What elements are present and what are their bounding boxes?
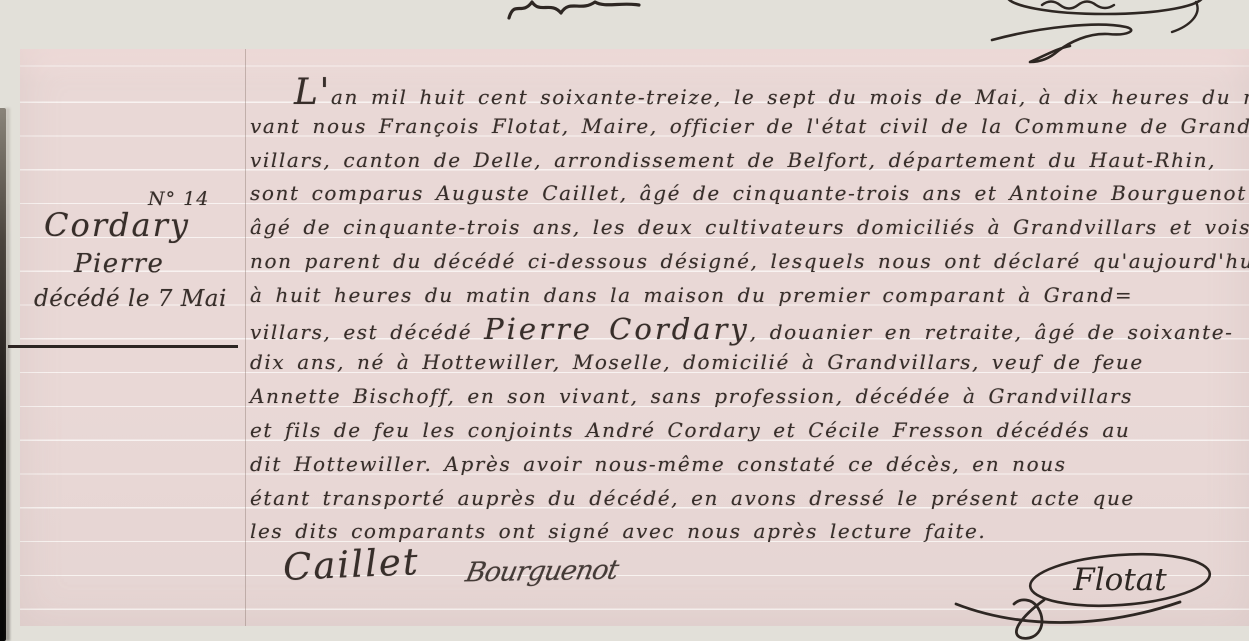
- act-line: dix ans, né à Hottewiller, Moselle, domi…: [250, 346, 1245, 380]
- act-line: dit Hottewiller. Après avoir nous-même c…: [250, 448, 1245, 482]
- margin-underline: [8, 345, 238, 348]
- act-line: Annette Bischoff, en son vivant, sans pr…: [250, 380, 1245, 414]
- death-record-scan: N° 14 Cordary Pierre décédé le 7 Mai L'a…: [0, 0, 1249, 641]
- act-line: vant nous François Flotat, Maire, offici…: [250, 110, 1245, 144]
- previous-act-signature-icon: [505, 0, 645, 26]
- act-line: à huit heures du matin dans la maison du…: [250, 279, 1245, 313]
- act-line: non parent du décédé ci-dessous désigné,…: [250, 245, 1245, 279]
- act-line: et fils de feu les conjoints André Corda…: [250, 414, 1245, 448]
- margin-given-name: Pierre: [74, 249, 164, 279]
- act-line: étant transporté auprès du décédé, en av…: [250, 482, 1245, 516]
- margin-death-note: décédé le 7 Mai: [34, 286, 227, 312]
- deceased-line-pre: villars, est décédé: [250, 320, 484, 344]
- signature-witness-caillet: Caillet: [282, 540, 420, 589]
- act-line: villars, canton de Delle, arrondissement…: [250, 144, 1245, 178]
- signature-mayor-flotat: Flotat: [948, 542, 1248, 641]
- signature-mayor-flotat-text: Flotat: [1072, 562, 1167, 598]
- act-line: sont comparus Auguste Caillet, âgé de ci…: [250, 177, 1245, 211]
- deceased-name: Pierre Cordary: [484, 312, 750, 346]
- margin-rule-line: [245, 49, 246, 626]
- act-body: L'an mil huit cent soixante-treize, le s…: [250, 76, 1245, 549]
- previous-act-flotat-signature-icon: [1000, 0, 1215, 68]
- deceased-line-post: , douanier en retraite, âgé de soixante-: [750, 320, 1234, 344]
- margin-surname: Cordary: [44, 206, 190, 244]
- act-line-deceased: villars, est décédé Pierre Cordary, doua…: [250, 313, 1245, 347]
- act-line: L'an mil huit cent soixante-treize, le s…: [250, 76, 1245, 110]
- scan-gutter-shadow: [5, 108, 10, 641]
- act-line: âgé de cinquante-trois ans, les deux cul…: [250, 211, 1245, 245]
- signature-witness-bourguenot: Bourguenot: [463, 555, 621, 589]
